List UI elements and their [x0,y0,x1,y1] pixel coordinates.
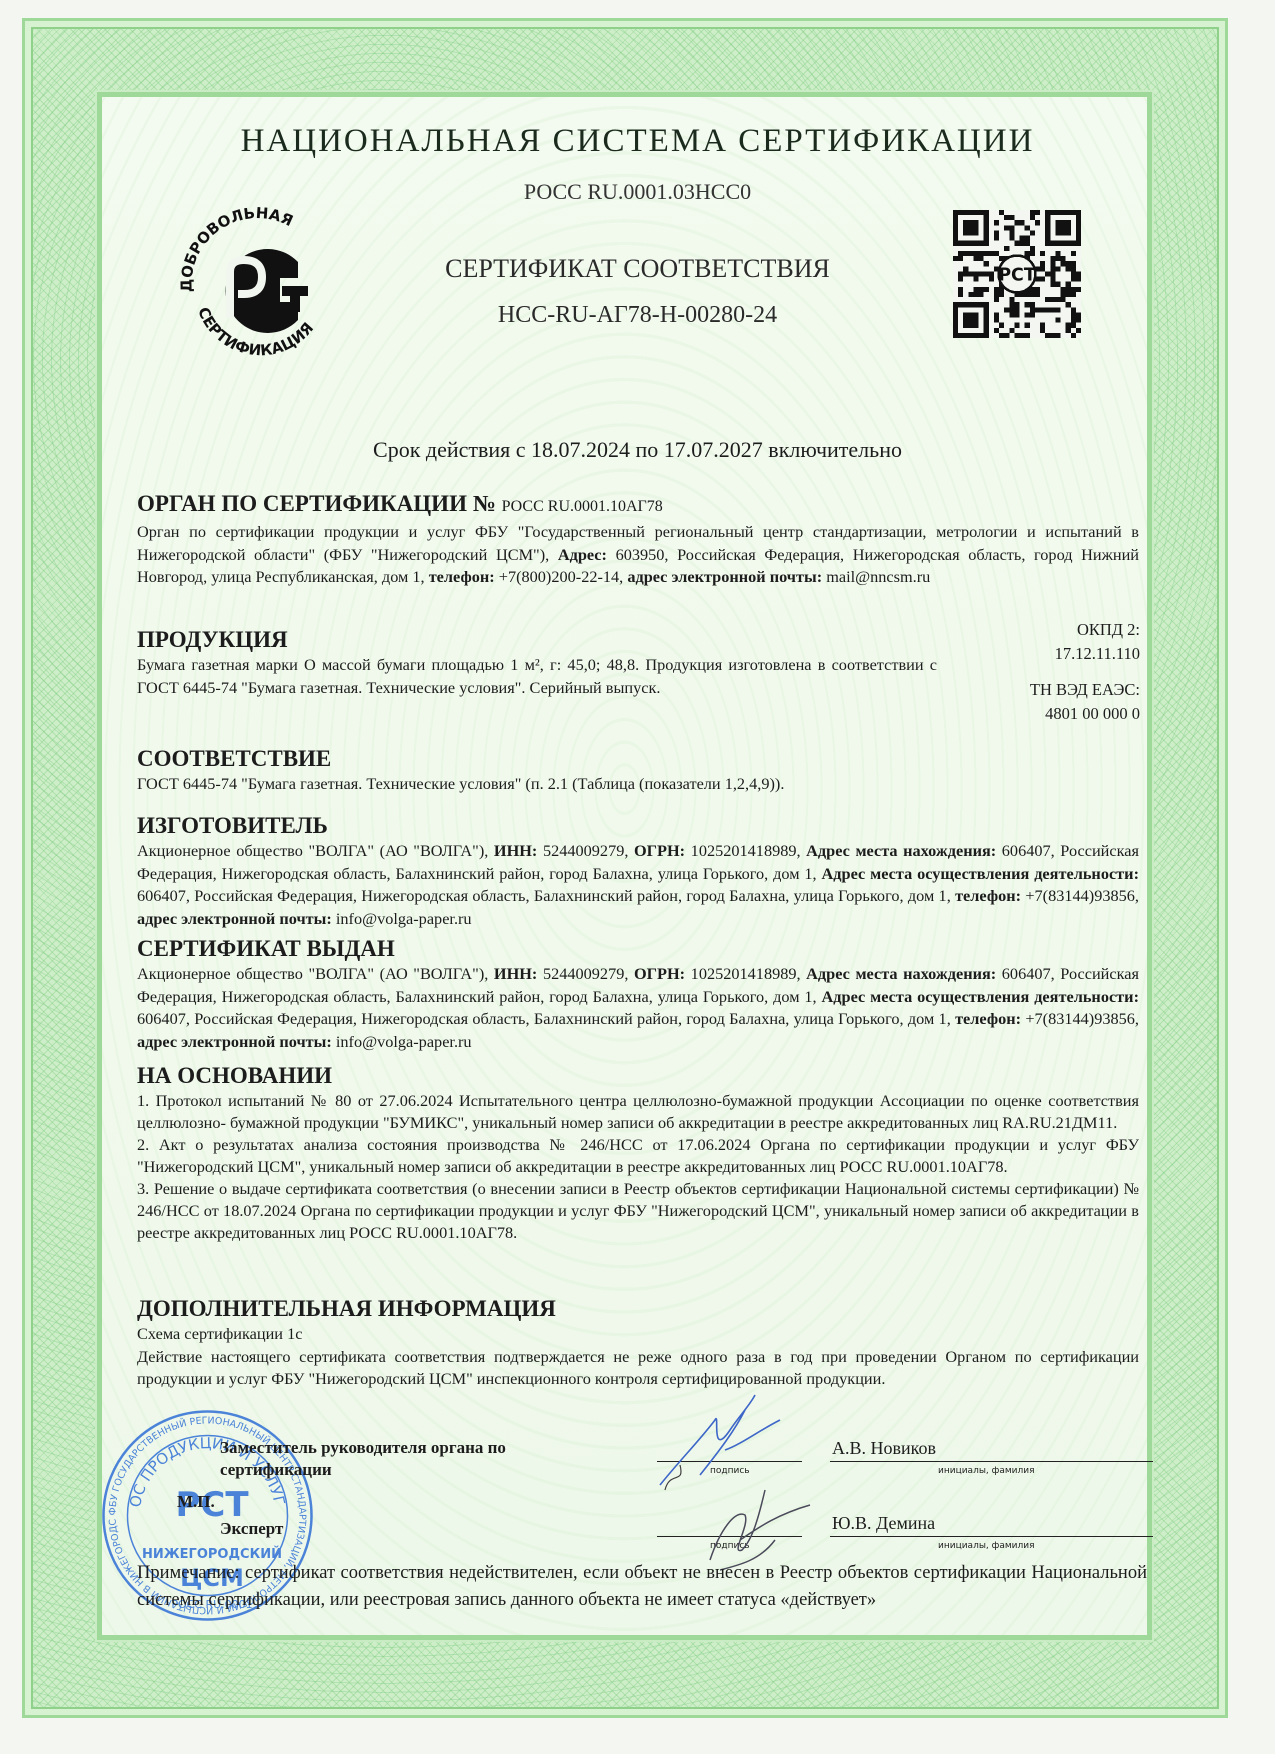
conformity-heading: СООТВЕТСТВИЕ [137,745,1139,773]
additional-info-text: Действие настоящего сертификата соответс… [137,1346,1139,1391]
certificate-number: НСС-RU-АГ78-Н-00280-24 [0,302,1275,329]
section-conformity: СООТВЕТСТВИЕ ГОСТ 6445-74 "Бумага газетн… [137,745,1139,796]
deputy-name: А.В. Новиков [832,1438,936,1459]
section-manufacturer: ИЗГОТОВИТЕЛЬ Акционерное общество "ВОЛГА… [137,812,1139,930]
basis-item: 1. Протокол испытаний № 80 от 27.06.2024… [137,1090,1139,1134]
stamp-place-label: М.П. [177,1491,215,1513]
manufacturer-heading: ИЗГОТОВИТЕЛЬ [137,812,1139,840]
tnved-label: ТН ВЭД ЕАЭС: [980,678,1140,702]
validity-note: Примечание: сертификат соответствия неде… [137,1560,1147,1614]
section-certification-body: ОРГАН ПО СЕРТИФИКАЦИИ № РОСС RU.0001.10А… [137,490,1139,589]
certification-body-heading: ОРГАН ПО СЕРТИФИКАЦИИ № РОСС RU.0001.10А… [137,490,1139,521]
svg-text:РСТ: РСТ [998,266,1036,286]
expert-name: Ю.В. Демина [832,1513,935,1534]
additional-info-heading: ДОПОЛНИТЕЛЬНАЯ ИНФОРМАЦИЯ [137,1295,1139,1323]
basis-item: 2. Акт о результатах анализа состояния п… [137,1134,1139,1178]
qr-code-icon[interactable]: РСТ [953,210,1081,338]
product-heading: ПРОДУКЦИЯ [137,626,937,654]
name-caption: инициалы, фамилия [938,1541,1035,1551]
classification-codes: ОКПД 2: 17.12.11.110 ТН ВЭД ЕАЭС: 4801 0… [980,618,1140,726]
basis-item: 3. Решение о выдаче сертификата соответс… [137,1178,1139,1244]
okpd-label: ОКПД 2: [980,618,1140,642]
expert-label: Эксперт [220,1518,283,1540]
certification-scheme: Схема сертификации 1с [137,1323,1139,1346]
basis-heading: НА ОСНОВАНИИ [137,1062,1139,1090]
issued-to-text: Акционерное общество "ВОЛГА" (АО "ВОЛГА"… [137,963,1139,1053]
system-title: НАЦИОНАЛЬНАЯ СИСТЕМА СЕРТИФИКАЦИИ [0,123,1275,160]
name-caption: инициалы, фамилия [938,1466,1035,1476]
section-additional-info: ДОПОЛНИТЕЛЬНАЯ ИНФОРМАЦИЯ Схема сертифик… [137,1295,1139,1391]
okpd-value: 17.12.11.110 [980,642,1140,666]
section-basis: НА ОСНОВАНИИ 1. Протокол испытаний № 80 … [137,1062,1139,1244]
conformity-text: ГОСТ 6445-74 "Бумага газетная. Техническ… [137,773,1139,796]
tnved-value: 4801 00 000 0 [980,702,1140,726]
manufacturer-text: Акционерное общество "ВОЛГА" (АО "ВОЛГА"… [137,840,1139,930]
certification-body-number: РОСС RU.0001.10АГ78 [502,498,663,515]
validity-period: Срок действия с 18.07.2024 по 17.07.2027… [0,437,1275,463]
certification-body-text: Орган по сертификации продукции и услуг … [137,521,1139,589]
section-product: ПРОДУКЦИЯ Бумага газетная марки О массой… [137,626,937,699]
issued-to-heading: СЕРТИФИКАТ ВЫДАН [137,935,1139,963]
certificate-title: СЕРТИФИКАТ СООТВЕТСТВИЯ [0,254,1275,284]
product-text: Бумага газетная марки О массой бумаги пл… [137,654,937,699]
deputy-head-label: Заместитель руководителя органа по серти… [220,1437,506,1481]
section-issued-to: СЕРТИФИКАТ ВЫДАН Акционерное общество "В… [137,935,1139,1053]
